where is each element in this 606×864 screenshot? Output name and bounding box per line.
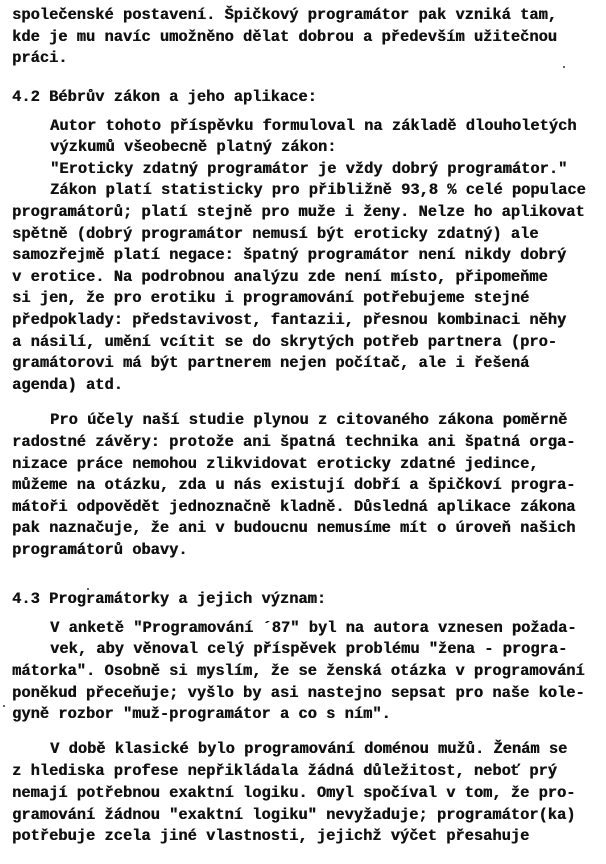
- section-heading-4-2: 4.2 Bébrův zákon a jeho aplikace:: [12, 88, 317, 106]
- law-quote: "Eroticky zdatný programátor je vždy dob…: [50, 160, 567, 178]
- text-line: gramátorovi má být partnerem nejen počít…: [12, 354, 529, 372]
- text-line: Autor tohoto příspěvku formuloval na zák…: [50, 117, 576, 135]
- text-line: spětně (dobrý programátor nemusí být ero…: [12, 225, 538, 243]
- text-line: V době klasické bylo programování doméno…: [50, 740, 567, 758]
- text-line: gyně rozbor "muž-programátor a co s ním"…: [12, 705, 391, 723]
- text-line: v erotice. Na podrobnou analýzu zde není…: [12, 268, 548, 286]
- text-line: poněkud přeceňuje; vyšlo by asi nastejno…: [12, 684, 585, 702]
- text-line: a násilí, umění vcítit se do skrytých po…: [12, 333, 557, 351]
- text-line: kde je mu navíc umožněno dělat dobrou a …: [12, 28, 557, 46]
- text-line: V anketě "Programování ´87" byl na autor…: [50, 619, 576, 637]
- scan-speck: [3, 705, 5, 707]
- scan-speck: [563, 66, 565, 68]
- section-heading-4-3: 4.3 Programátorky a jejich význam:: [12, 590, 326, 608]
- text-line: si jen, že pro erotiku i programování po…: [12, 289, 529, 307]
- scanned-document-page: společenské postavení. Špičkový programá…: [0, 0, 606, 864]
- text-line: nizace práce nemohou zlikvidovat erotick…: [12, 455, 538, 473]
- text-line: potřebuje zcela jiné vlastnosti, jejichž…: [12, 827, 529, 845]
- text-line: mátoři odpovědět jednoznačně kladně. Důs…: [12, 498, 575, 516]
- text-line: z hlediska profese nepřikládala žádná dů…: [12, 762, 557, 780]
- text-line: pak naznačuje, že ani v budoucnu nemusím…: [12, 519, 575, 537]
- text-line: programátorů; platí stejně pro muže i že…: [12, 203, 585, 221]
- text-line: radostné závěry: protože ani špatná tech…: [12, 433, 575, 451]
- text-line: samozřejmě platí negace: špatný programá…: [12, 246, 566, 264]
- text-line: Zákon platí statisticky pro přibližně 93…: [50, 181, 586, 199]
- scan-speck: [87, 588, 89, 590]
- text-line: nemají potřebnou exaktní logiku. Omyl sp…: [12, 784, 575, 802]
- text-line: gramování žádnou "exaktní logiku" nevyža…: [12, 806, 575, 824]
- text-line: agenda) atd.: [12, 376, 123, 394]
- text-line: vek, aby věnoval celý příspěvek problému…: [50, 640, 567, 658]
- text-line: můžeme na otázku, zda u nás existují dob…: [12, 476, 575, 494]
- text-line: společenské postavení. Špičkový programá…: [12, 6, 557, 24]
- text-line: programátorů obavy.: [12, 541, 187, 559]
- text-line: výzkumů všeobecně platný zákon:: [50, 138, 336, 156]
- text-line: předpoklady: představivost, fantazii, př…: [12, 311, 566, 329]
- text-line: Pro účely naší studie plynou z citovanéh…: [50, 411, 567, 429]
- text-line: mátorka". Osobně si myslím, že se ženská…: [12, 662, 585, 680]
- text-line: práci.: [12, 49, 67, 67]
